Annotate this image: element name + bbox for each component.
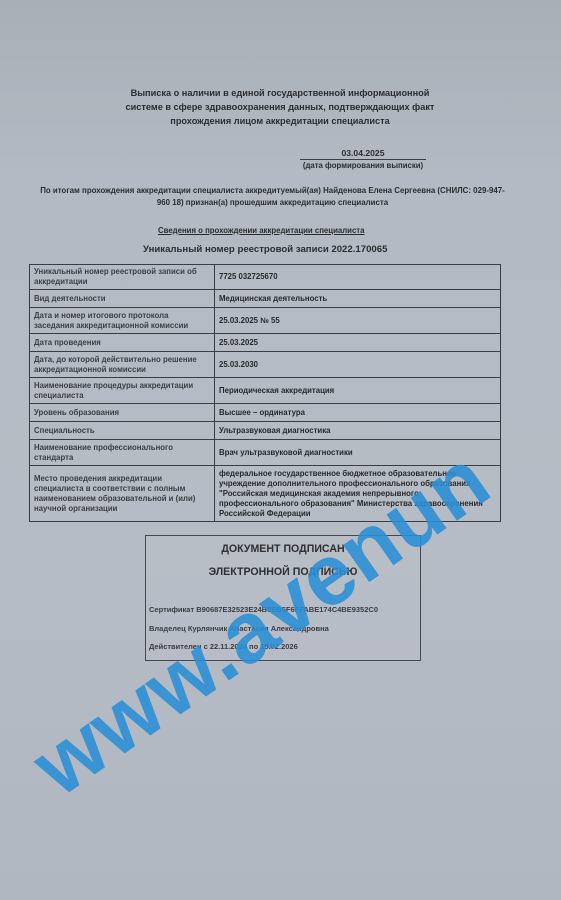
title-line: Выписка о наличии в единой государственн… — [90, 86, 470, 100]
table-row: Дата и номер итогового протокола заседан… — [30, 308, 501, 334]
table-row: Вид деятельностиМедицинская деятельность — [30, 290, 501, 308]
issue-date-caption: (дата формирования выписки) — [300, 161, 426, 170]
accreditation-table: Уникальный номер реестровой записи об ак… — [29, 264, 501, 522]
document-page: Выписка о наличии в единой государственн… — [0, 0, 561, 900]
row-label: Дата проведения — [30, 334, 215, 352]
signature-validity: Действителен с 22.11.2024 по 15.02.2026 — [149, 642, 298, 651]
title-line: системе в сфере здравоохранения данных, … — [90, 100, 470, 114]
signature-heading: ДОКУМЕНТ ПОДПИСАН — [146, 543, 420, 555]
table-row: СпециальностьУльтразвуковая диагностика — [30, 422, 501, 440]
registry-number: Уникальный номер реестровой записи 2022.… — [143, 244, 387, 255]
table-row: Наименование процедуры аккредитации спец… — [30, 378, 501, 404]
row-label: Наименование процедуры аккредитации спец… — [30, 378, 215, 404]
signature-owner: Владелец Курлянчик Анастасия Александров… — [149, 624, 329, 633]
row-value: Ультразвуковая диагностика — [215, 422, 501, 440]
table-row: Уникальный номер реестровой записи об ак… — [30, 265, 501, 290]
row-label: Уникальный номер реестровой записи об ак… — [30, 265, 215, 290]
table-row: Дата, до которой действительно решение а… — [30, 352, 501, 378]
row-value: 25.03.2025 — [215, 334, 501, 352]
issue-date: 03.04.2025 — [300, 148, 426, 160]
result-line: 960 18) признан(а) прошедшим аккредитаци… — [30, 197, 515, 209]
row-label: Дата и номер итогового протокола заседан… — [30, 308, 215, 334]
title-line: прохождения лицом аккредитации специалис… — [90, 114, 470, 128]
document-title: Выписка о наличии в единой государственн… — [90, 86, 470, 128]
row-label: Дата, до которой действительно решение а… — [30, 352, 215, 378]
signature-subheading: ЭЛЕКТРОННОЙ ПОДПИСЬЮ — [146, 566, 420, 578]
accreditation-result: По итогам прохождения аккредитации специ… — [30, 185, 515, 209]
row-value: 25.03.2030 — [215, 352, 501, 378]
row-value: Врач ультразвуковой диагностики — [215, 440, 501, 466]
row-label: Уровень образования — [30, 404, 215, 422]
row-value: 25.03.2025 № 55 — [215, 308, 501, 334]
row-label: Наименование профессионального стандарта — [30, 440, 215, 466]
table-row: Уровень образованияВысшее – ординатура — [30, 404, 501, 422]
result-line: По итогам прохождения аккредитации специ… — [30, 185, 515, 197]
table-row: Наименование профессионального стандарта… — [30, 440, 501, 466]
table-row: Место проведения аккредитации специалист… — [30, 466, 501, 522]
issue-date-block: 03.04.2025 (дата формирования выписки) — [300, 148, 426, 170]
signature-certificate: Сертификат B90687E32523E24B0EB5F6FFABE17… — [149, 605, 378, 614]
row-label: Место проведения аккредитации специалист… — [30, 466, 215, 522]
section-heading: Сведения о прохождении аккредитации спец… — [158, 226, 364, 235]
row-label: Вид деятельности — [30, 290, 215, 308]
row-label: Специальность — [30, 422, 215, 440]
electronic-signature-stamp: ДОКУМЕНТ ПОДПИСАН ЭЛЕКТРОННОЙ ПОДПИСЬЮ С… — [145, 535, 421, 661]
row-value: Медицинская деятельность — [215, 290, 501, 308]
row-value: 7725 032725670 — [215, 265, 501, 290]
row-value: Высшее – ординатура — [215, 404, 501, 422]
row-value: Периодическая аккредитация — [215, 378, 501, 404]
table-row: Дата проведения25.03.2025 — [30, 334, 501, 352]
row-value: федеральное государственное бюджетное об… — [215, 466, 501, 522]
